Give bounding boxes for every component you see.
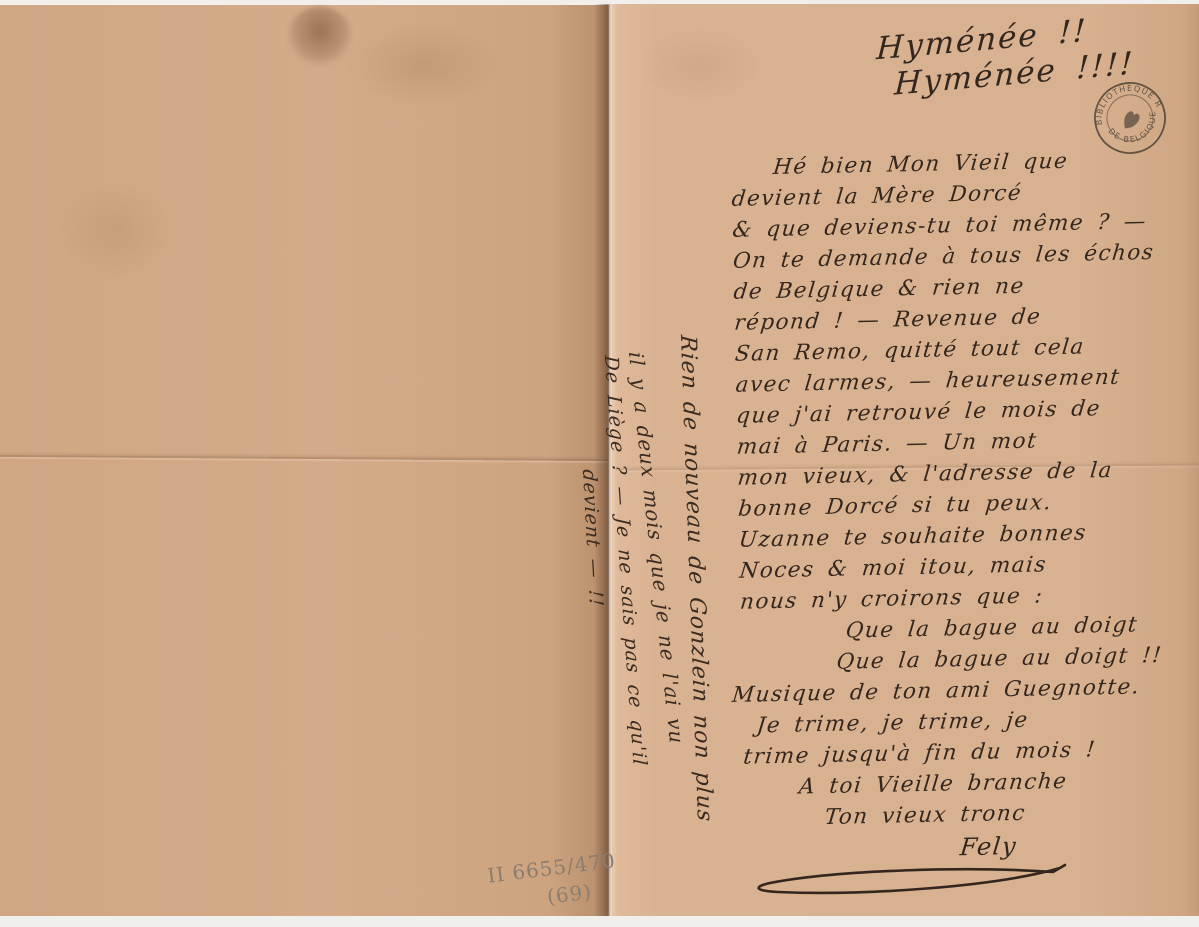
paper-stain bbox=[640, 30, 760, 100]
fold-crease-horizontal bbox=[0, 455, 608, 461]
stamp-lion-emblem bbox=[1120, 109, 1142, 129]
scan-edge-top bbox=[0, 0, 1199, 4]
svg-text:DE BELGIQUE: DE BELGIQUE bbox=[1104, 108, 1165, 151]
paper-stain bbox=[348, 25, 498, 105]
page-left-blank bbox=[0, 5, 609, 916]
letter-body: Hé bien Mon Vieil que devient la Mère Do… bbox=[729, 146, 1199, 868]
scan-edge-bottom bbox=[0, 916, 1199, 927]
letter-scan: Hyménée !! Hyménée !!!! BIBLIOTHÈQUE ROY… bbox=[0, 0, 1199, 927]
paper-stain bbox=[288, 7, 352, 65]
paper-stain bbox=[60, 185, 170, 275]
stamp-text-bottom: DE BELGIQUE bbox=[1104, 108, 1165, 151]
signature-flourish bbox=[748, 862, 1068, 902]
